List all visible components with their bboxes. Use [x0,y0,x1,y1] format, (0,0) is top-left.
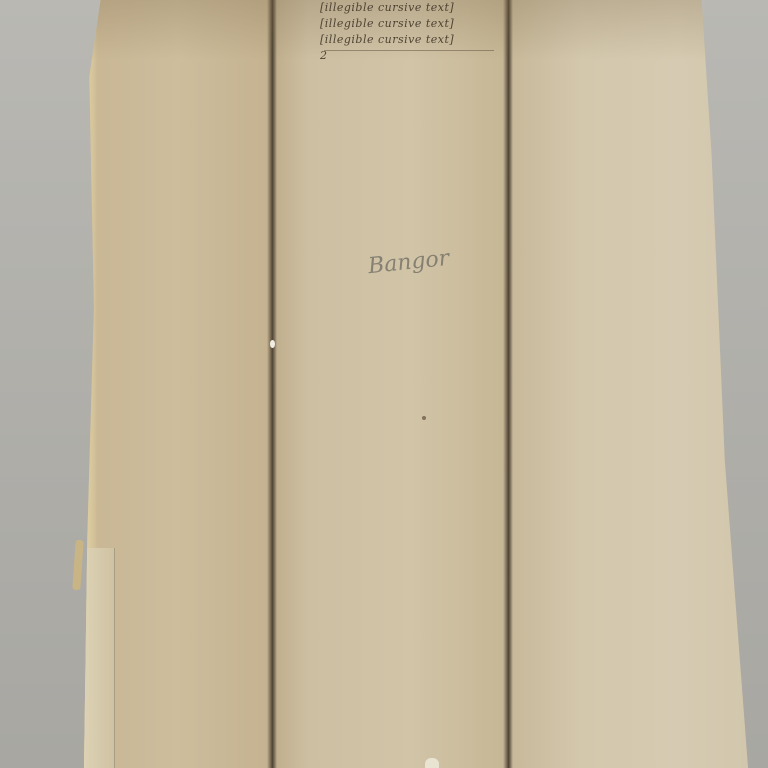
header-handwriting: [illegible cursive text] [illegible curs… [320,0,510,64]
header-line: [illegible cursive text] [320,0,510,16]
paper-hole [270,340,275,348]
rule-line [324,50,494,51]
paper-clip-tip [425,758,439,768]
fold-crease-left [267,0,277,768]
document-panel-center [274,0,504,768]
lower-paper-flap [84,548,115,768]
manuscript-document: [illegible cursive text] [illegible curs… [84,0,748,768]
header-line: [illegible cursive text] [320,16,510,32]
header-line: [illegible cursive text] [320,32,510,48]
fold-crease-right [503,0,513,768]
ink-spot [422,416,426,420]
